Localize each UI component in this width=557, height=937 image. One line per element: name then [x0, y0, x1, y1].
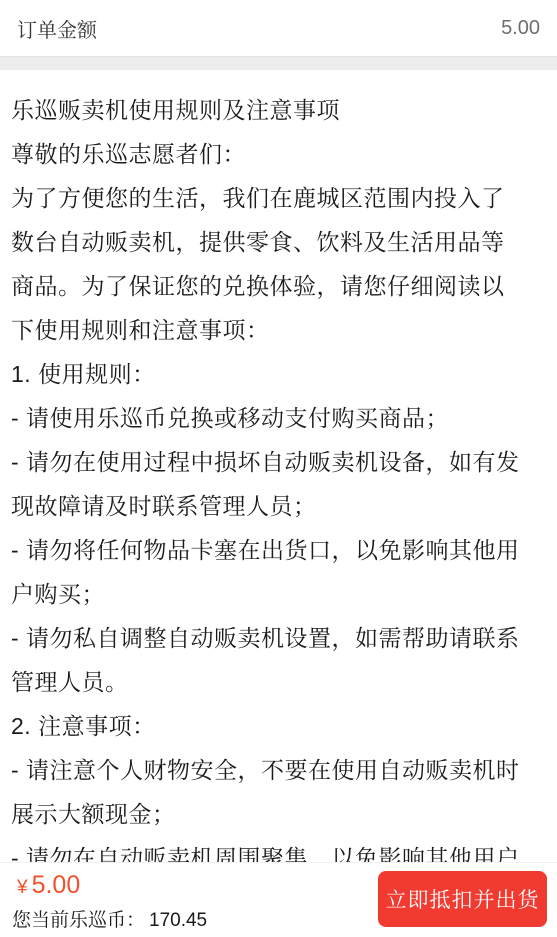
- price-block: ¥ 5.00 您当前乐巡币： 170.45: [12, 869, 207, 932]
- rule-line: 展示大额现金；: [11, 792, 547, 836]
- checkout-bar: ¥ 5.00 您当前乐巡币： 170.45 立即抵扣并出货: [0, 862, 557, 937]
- order-amount-header: 订单金额 5.00: [0, 0, 557, 57]
- price-amount: 5.00: [32, 871, 81, 900]
- section-divider: [0, 57, 557, 70]
- coin-balance-label: 您当前乐巡币：: [12, 905, 145, 932]
- order-amount-value: 5.00: [501, 17, 540, 40]
- order-amount-label: 订单金额: [17, 14, 97, 43]
- order-price: ¥ 5.00: [17, 871, 207, 900]
- currency-symbol: ¥: [17, 877, 28, 899]
- rule-line: - 请勿将任何物品卡塞在出货口，以免影响其他用: [11, 528, 547, 572]
- rule-line: 数台自动贩卖机，提供零食、饮料及生活用品等: [11, 220, 547, 264]
- coin-balance-value: 170.45: [149, 910, 207, 932]
- rule-line: - 请勿在自动贩卖机周围聚集，以免影响其他用户: [11, 836, 547, 862]
- rule-line: - 请勿在使用过程中损坏自动贩卖机设备，如有发: [11, 440, 547, 484]
- rule-line: 管理人员。: [11, 660, 547, 704]
- deduct-and-dispense-button[interactable]: 立即抵扣并出货: [378, 871, 547, 927]
- rule-line: - 请使用乐巡币兑换或移动支付购买商品；: [11, 396, 547, 440]
- rule-line: 尊敬的乐巡志愿者们：: [11, 132, 547, 176]
- rule-line: 商品。为了保证您的兑换体验，请您仔细阅读以: [11, 264, 547, 308]
- rule-line: 2. 注意事项：: [11, 704, 547, 748]
- rules-scroll-area[interactable]: 乐巡贩卖机使用规则及注意事项尊敬的乐巡志愿者们：为了方便您的生活，我们在鹿城区范…: [0, 70, 557, 862]
- rule-line: 乐巡贩卖机使用规则及注意事项: [11, 88, 547, 132]
- rule-line: 1. 使用规则：: [11, 352, 547, 396]
- rule-line: 现故障请及时联系管理人员；: [11, 484, 547, 528]
- vending-order-screen: 订单金额 5.00 乐巡贩卖机使用规则及注意事项尊敬的乐巡志愿者们：为了方便您的…: [0, 0, 557, 937]
- rule-line: 下使用规则和注意事项：: [11, 308, 547, 352]
- rule-line: - 请勿私自调整自动贩卖机设置，如需帮助请联系: [11, 616, 547, 660]
- coin-balance: 您当前乐巡币： 170.45: [12, 905, 207, 932]
- rule-line: 为了方便您的生活，我们在鹿城区范围内投入了: [11, 176, 547, 220]
- rule-line: 户购买；: [11, 572, 547, 616]
- rule-line: - 请注意个人财物安全，不要在使用自动贩卖机时: [11, 748, 547, 792]
